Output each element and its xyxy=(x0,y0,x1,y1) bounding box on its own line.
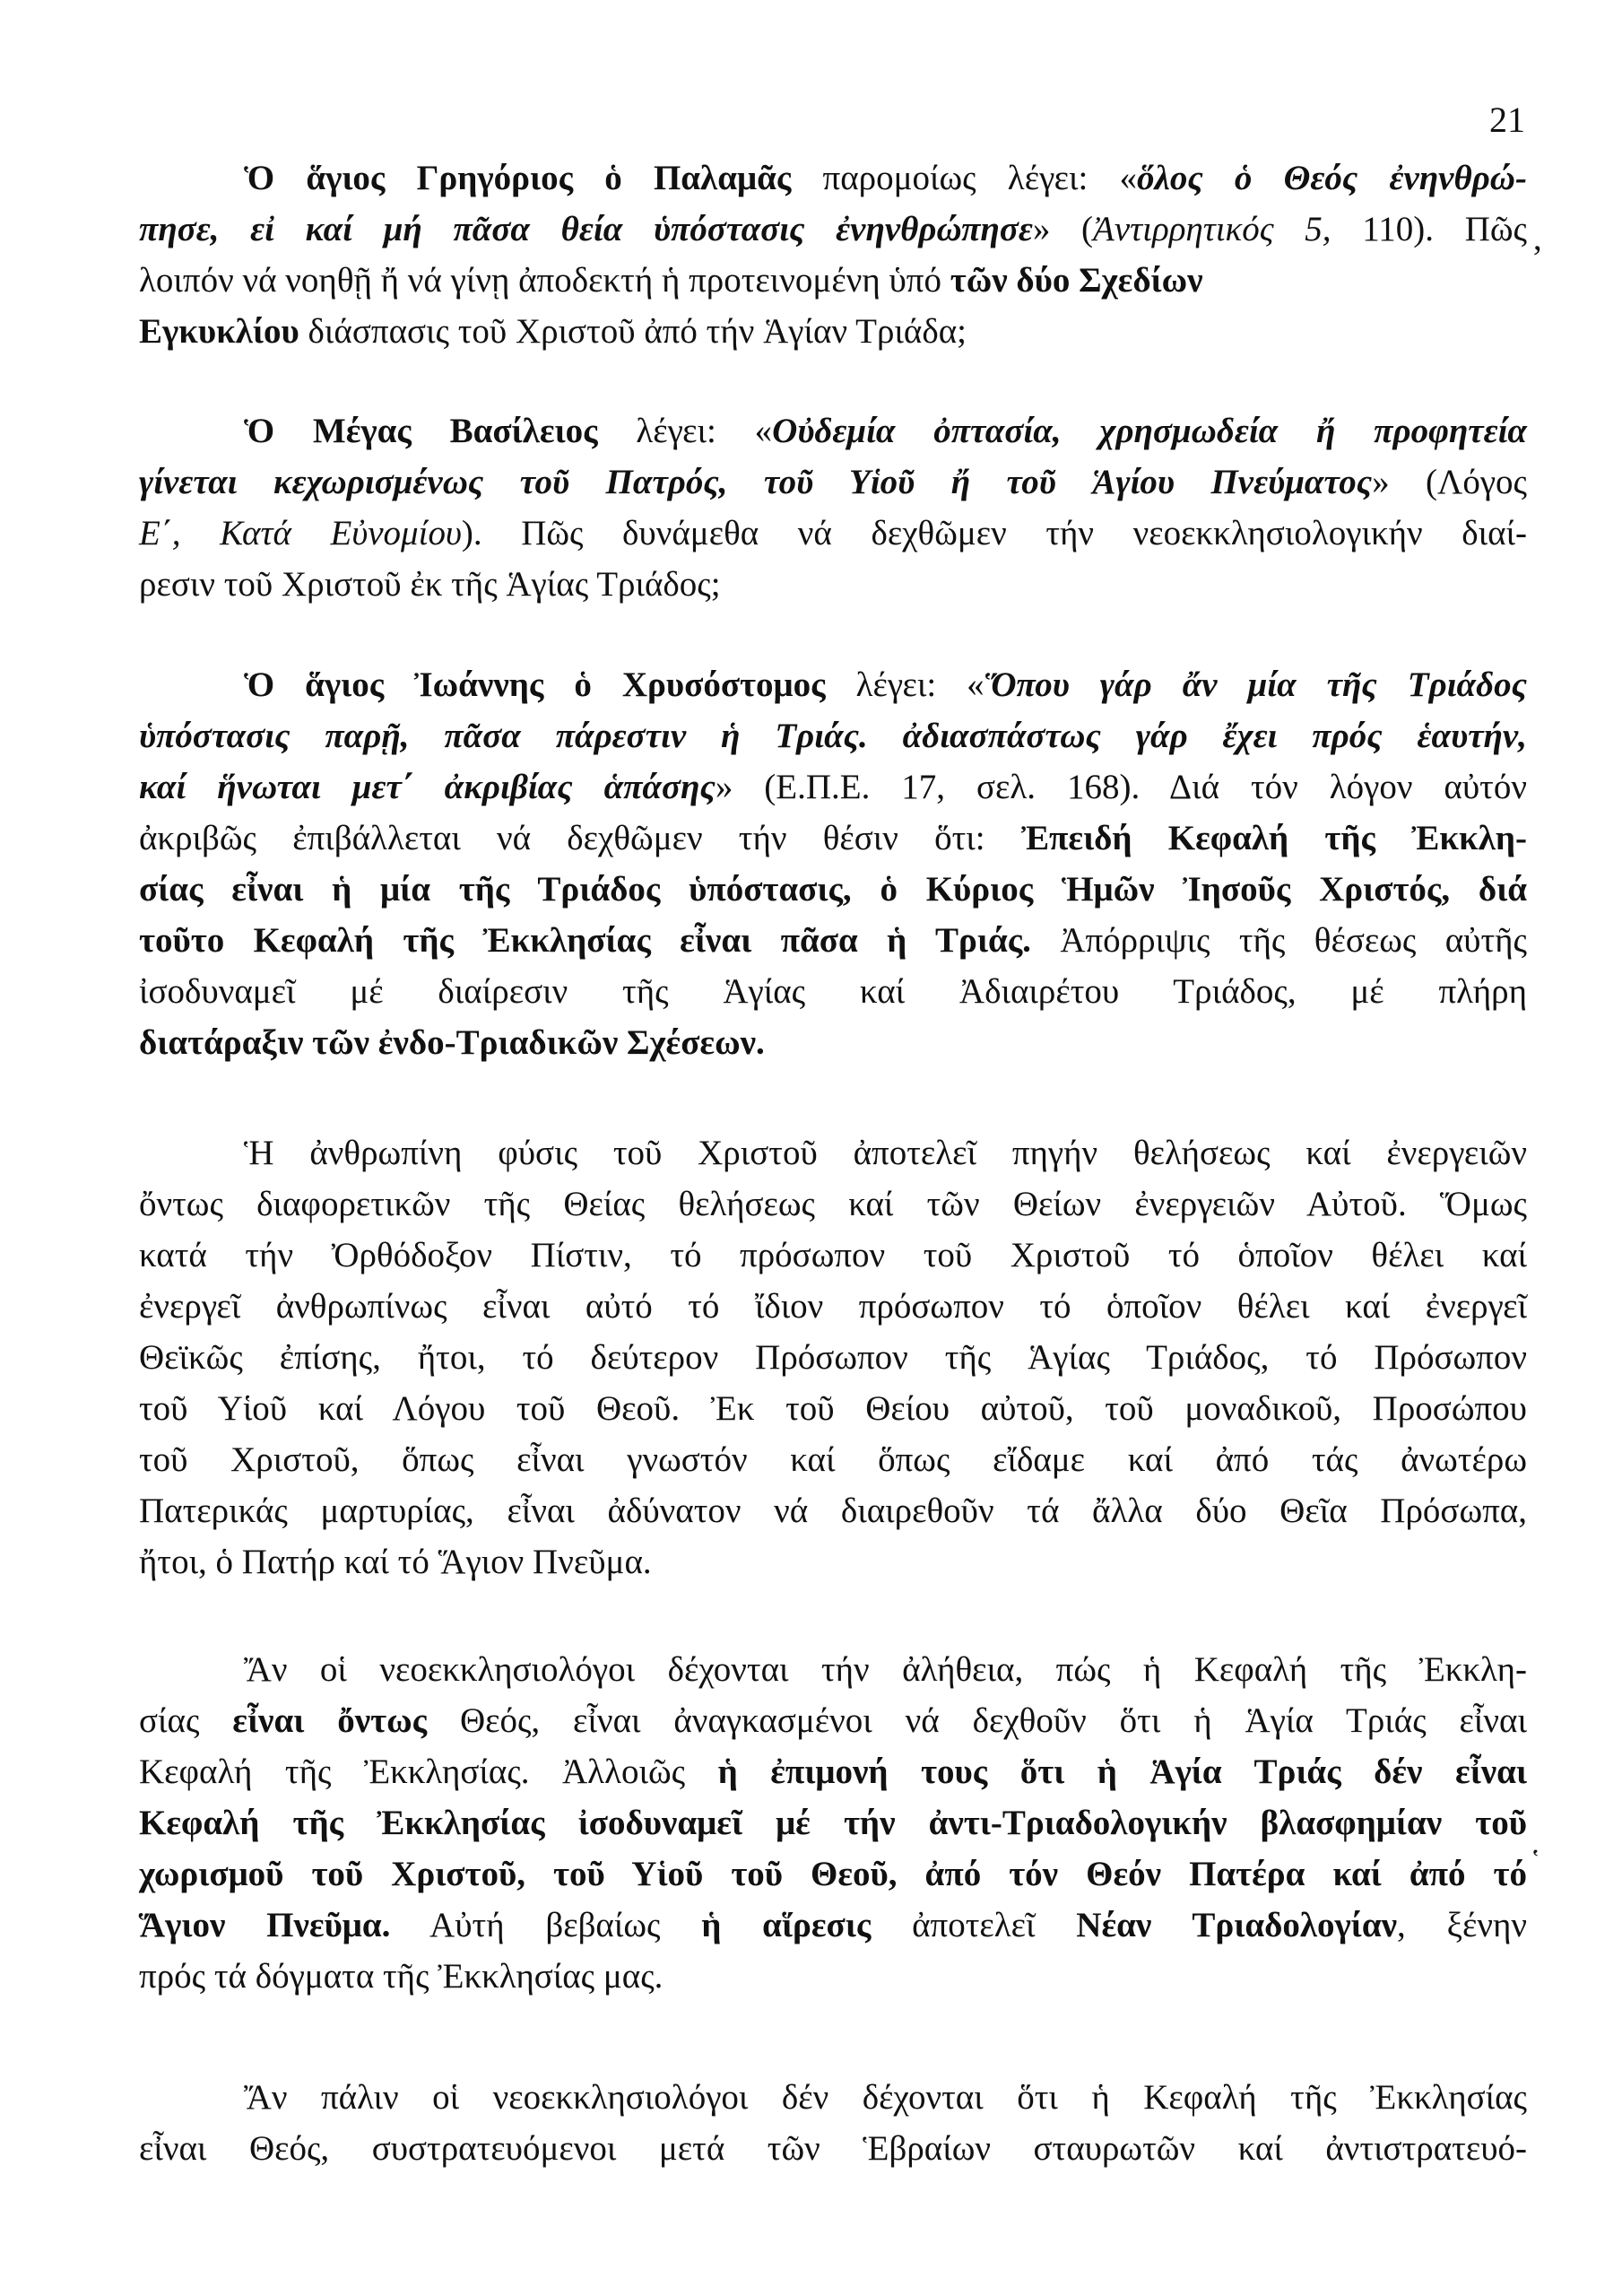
text-run: ἰσοδυναμεῖ μέ διαίρεσιν τῆς Ἁγίας καί Ἀδ… xyxy=(139,972,1527,1011)
text-run: λέγει: « xyxy=(826,665,984,704)
text-run: , ξένην xyxy=(1397,1906,1527,1944)
text-line: ὄντως διαφορετικῶν τῆς Θείας θελήσεως κα… xyxy=(139,1178,1527,1230)
emphasized-text: Ὁ Μέγας Βασίλειος xyxy=(244,412,598,450)
text-run: εἶναι Θεός, συστρατευόμενοι μετά τῶν Ἑβρ… xyxy=(139,2129,1527,2168)
emphasized-text: χωρισμοῦ τοῦ Χριστοῦ, τοῦ Υἱοῦ τοῦ Θεοῦ,… xyxy=(139,1855,1527,1893)
paragraph: Ἄν πάλιν οἱ νεοεκκλησιολόγοι δέν δέχοντα… xyxy=(139,2072,1527,2174)
text-run: διάσπασις τοῦ Χριστοῦ ἀπό τήν Ἁγίαν Τριά… xyxy=(299,312,967,351)
emphasized-text: Νέαν Τριαδολογίαν xyxy=(1076,1906,1397,1944)
emphasized-text: Ἀντιρρητικός 5, xyxy=(1093,210,1331,248)
text-line: σίας εἶναι ἡ μία τῆς Τριάδος ὑπόστασις, … xyxy=(139,864,1527,915)
emphasized-text: γίνεται κεχωρισμένως τοῦ Πατρός, τοῦ Υἱο… xyxy=(139,463,1372,501)
paragraph: Ὁ Μέγας Βασίλειος λέγει: «Οὐδεμία ὀπτασί… xyxy=(139,405,1527,610)
text-line: Ε΄, Κατά Εὐνομίου). Πῶς δυνάμεθα νά δεχθ… xyxy=(139,508,1527,559)
paragraph: Ὁ ἅγιος Ἰωάννης ὁ Χρυσόστομος λέγει: «Ὅπ… xyxy=(139,659,1527,1068)
emphasized-text: τῶν δύο Σχεδίων xyxy=(950,261,1203,300)
emphasized-text: εἶναι ὄντως xyxy=(232,1701,427,1740)
text-line: πρός τά δόγματα τῆς Ἐκκλησίας μας. xyxy=(139,1951,1527,2002)
text-run: σίας xyxy=(139,1701,232,1740)
emphasized-text: καί ἥνωται μετ΄ ἀκριβίας ἁπάσης xyxy=(139,768,716,806)
emphasized-text: Ε΄, Κατά Εὐνομίου xyxy=(139,514,462,552)
text-run: ἤτοι, ὁ Πατήρ καί τό Ἅγιον Πνεῦμα. xyxy=(139,1543,652,1581)
emphasized-text: Εγκυκλίου xyxy=(139,312,299,351)
text-run: λέγει: « xyxy=(598,412,773,450)
text-line: τοῦ Χριστοῦ, ὅπως εἶναι γνωστόν καί ὅπως… xyxy=(139,1434,1527,1485)
text-line: Ἄν πάλιν οἱ νεοεκκλησιολόγοι δέν δέχοντα… xyxy=(139,2072,1527,2123)
text-line: σίας εἶναι ὄντως Θεός, εἶναι ἀναγκασμένο… xyxy=(139,1695,1527,1746)
text-line: Θεϊκῶς ἐπίσης, ἤτοι, τό δεύτερον Πρόσωπο… xyxy=(139,1332,1527,1383)
text-run: ὄντως διαφορετικῶν τῆς Θείας θελήσεως κα… xyxy=(139,1185,1527,1223)
text-run: Ἡ ἀνθρωπίνη φύσις τοῦ Χριστοῦ ἀποτελεῖ π… xyxy=(244,1134,1527,1172)
text-line: Ὁ ἅγιος Ἰωάννης ὁ Χρυσόστομος λέγει: «Ὅπ… xyxy=(139,659,1527,710)
emphasized-text: Οὐδεμία ὀπτασία, χρησμωδεία ἤ προφητεία xyxy=(772,412,1527,450)
emphasized-text: ὅλος ὁ Θεός ἐνηνθρώ- xyxy=(1137,159,1527,197)
paragraph: Ἡ ἀνθρωπίνη φύσις τοῦ Χριστοῦ ἀποτελεῖ π… xyxy=(139,1127,1527,1587)
paragraph: Ὁ ἅγιος Γρηγόριος ὁ Παλαμᾶς παρομοίως λέ… xyxy=(139,152,1527,357)
text-line: εἶναι Θεός, συστρατευόμενοι μετά τῶν Ἑβρ… xyxy=(139,2123,1527,2174)
text-run: παρομοίως λέγει: « xyxy=(791,159,1137,197)
text-run: τοῦ Χριστοῦ, ὅπως εἶναι γνωστόν καί ὅπως… xyxy=(139,1440,1527,1479)
text-run: τοῦ Υἱοῦ καί Λόγου τοῦ Θεοῦ. Ἐκ τοῦ Θείο… xyxy=(139,1389,1527,1428)
text-run: πρός τά δόγματα τῆς Ἐκκλησίας μας. xyxy=(139,1957,663,1996)
text-line: λοιπόν νά νοηθῇ ἤ νά γίνῃ ἀποδεκτή ἡ προ… xyxy=(139,255,1527,306)
emphasized-text: τοῦτο Κεφαλή τῆς Ἐκκλησίας εἶναι πᾶσα ἡ … xyxy=(139,921,1031,960)
text-run: κατά τήν Ὀρθόδοξον Πίστιν, τό πρόσωπον τ… xyxy=(139,1236,1527,1274)
text-run: ). Πῶς δυνάμεθα νά δεχθῶμεν τήν νεοεκκλη… xyxy=(462,514,1527,552)
text-line: διατάραξιν τῶν ἐνδο-Τριαδικῶν Σχέσεων. xyxy=(139,1017,1527,1068)
emphasized-text: Ἅγιον Πνεῦμα. xyxy=(139,1906,390,1944)
emphasized-text: ἡ αἵρεσις xyxy=(701,1906,871,1944)
text-run: Ἄν οἱ νεοεκκλησιολόγοι δέχονται τήν ἀλήθ… xyxy=(244,1650,1527,1689)
text-line: Πατερικάς μαρτυρίας, εἶναι ἀδύνατον νά δ… xyxy=(139,1485,1527,1536)
text-run: Θεός, εἶναι ἀναγκασμένοι νά δεχθοῦν ὅτι … xyxy=(427,1701,1527,1740)
emphasized-text: Ἐπειδή Κεφαλή τῆς Ἐκκλη- xyxy=(1021,819,1527,857)
text-run: Κεφαλή τῆς Ἐκκλησίας. Ἀλλοιῶς xyxy=(139,1752,718,1791)
text-line: ρεσιν τοῦ Χριστοῦ ἐκ τῆς Ἁγίας Τριάδος; xyxy=(139,559,1527,610)
text-line: τοῦ Υἱοῦ καί Λόγου τοῦ Θεοῦ. Ἐκ τοῦ Θείο… xyxy=(139,1383,1527,1434)
text-run: Αὐτή βεβαίως xyxy=(390,1906,701,1944)
emphasized-text: διατάραξιν τῶν ἐνδο-Τριαδικῶν Σχέσεων. xyxy=(139,1023,765,1062)
text-line: Κεφαλή τῆς Ἐκκλησίας ἰσοδυναμεῖ μέ τήν ἀ… xyxy=(139,1797,1527,1848)
text-line: ἀκριβῶς ἐπιβάλλεται νά δεχθῶμεν τήν θέσι… xyxy=(139,813,1527,864)
text-line: Ὁ Μέγας Βασίλειος λέγει: «Οὐδεμία ὀπτασί… xyxy=(139,405,1527,457)
text-run: ἐνεργεῖ ἀνθρωπίνως εἶναι αὐτό τό ἴδιον π… xyxy=(139,1287,1527,1326)
text-run: » (Ε.Π.Ε. 17, σελ. 168). Διά τόν λόγον α… xyxy=(716,768,1527,806)
text-run: ρεσιν τοῦ Χριστοῦ ἐκ τῆς Ἁγίας Τριάδος; xyxy=(139,565,721,604)
text-line: ἤτοι, ὁ Πατήρ καί τό Ἅγιον Πνεῦμα. xyxy=(139,1536,1527,1587)
text-line: Ὁ ἅγιος Γρηγόριος ὁ Παλαμᾶς παρομοίως λέ… xyxy=(139,152,1527,204)
text-line: ἰσοδυναμεῖ μέ διαίρεσιν τῆς Ἁγίας καί Ἀδ… xyxy=(139,966,1527,1017)
text-line: πησε, εἰ καί μή πᾶσα θεία ὑπόστασις ἐνην… xyxy=(139,204,1527,255)
stray-mark: ῾ xyxy=(1530,1846,1541,1882)
text-run: Πατερικάς μαρτυρίας, εἶναι ἀδύνατον νά δ… xyxy=(139,1492,1527,1530)
text-run: λοιπόν νά νοηθῇ ἤ νά γίνῃ ἀποδεκτή ἡ προ… xyxy=(139,261,950,300)
text-run: Ἀπόρριψις τῆς θέσεως αὐτῆς xyxy=(1031,921,1527,960)
text-run: » ( xyxy=(1033,210,1093,248)
text-line: καί ἥνωται μετ΄ ἀκριβίας ἁπάσης» (Ε.Π.Ε.… xyxy=(139,761,1527,813)
text-line: τοῦτο Κεφαλή τῆς Ἐκκλησίας εἶναι πᾶσα ἡ … xyxy=(139,915,1527,966)
text-run: Ἄν πάλιν οἱ νεοεκκλησιολόγοι δέν δέχοντα… xyxy=(244,2078,1527,2117)
text-run: » (Λόγος xyxy=(1372,463,1527,501)
emphasized-text: Ὅπου γάρ ἄν μία τῆς Τριάδος xyxy=(984,665,1527,704)
text-line: Ἡ ἀνθρωπίνη φύσις τοῦ Χριστοῦ ἀποτελεῖ π… xyxy=(139,1127,1527,1178)
emphasized-text: Ὁ ἅγιος Γρηγόριος ὁ Παλαμᾶς xyxy=(244,159,791,197)
text-line: Ἄν οἱ νεοεκκλησιολόγοι δέχονται τήν ἀλήθ… xyxy=(139,1644,1527,1695)
text-run: 110). Πῶς xyxy=(1331,210,1527,248)
emphasized-text: Ὁ ἅγιος Ἰωάννης ὁ Χρυσόστομος xyxy=(244,665,826,704)
stray-mark: ’ xyxy=(1531,240,1543,276)
text-line: Ἅγιον Πνεῦμα. Αὐτή βεβαίως ἡ αἵρεσις ἀπο… xyxy=(139,1900,1527,1951)
emphasized-text: πησε, εἰ καί μή πᾶσα θεία ὑπόστασις ἐνην… xyxy=(139,210,1033,248)
text-line: γίνεται κεχωρισμένως τοῦ Πατρός, τοῦ Υἱο… xyxy=(139,457,1527,508)
text-line: Κεφαλή τῆς Ἐκκλησίας. Ἀλλοιῶς ἡ ἐπιμονή … xyxy=(139,1746,1527,1797)
text-run: ἀκριβῶς ἐπιβάλλεται νά δεχθῶμεν τήν θέσι… xyxy=(139,819,1021,857)
text-line: ὑπόστασις παρῇ, πᾶσα πάρεστιν ἡ Τριάς. ἀ… xyxy=(139,710,1527,761)
paragraph: Ἄν οἱ νεοεκκλησιολόγοι δέχονται τήν ἀλήθ… xyxy=(139,1644,1527,2002)
text-run: ἀποτελεῖ xyxy=(871,1906,1076,1944)
text-run: Θεϊκῶς ἐπίσης, ἤτοι, τό δεύτερον Πρόσωπο… xyxy=(139,1338,1527,1377)
page-number: 21 xyxy=(1489,100,1525,140)
text-line: χωρισμοῦ τοῦ Χριστοῦ, τοῦ Υἱοῦ τοῦ Θεοῦ,… xyxy=(139,1848,1527,1900)
text-line: Εγκυκλίου διάσπασις τοῦ Χριστοῦ ἀπό τήν … xyxy=(139,306,1527,357)
text-line: κατά τήν Ὀρθόδοξον Πίστιν, τό πρόσωπον τ… xyxy=(139,1230,1527,1281)
emphasized-text: Κεφαλή τῆς Ἐκκλησίας ἰσοδυναμεῖ μέ τήν ἀ… xyxy=(139,1804,1527,1842)
emphasized-text: ἡ ἐπιμονή τους ὅτι ἡ Ἁγία Τριάς δέν εἶνα… xyxy=(718,1752,1527,1791)
emphasized-text: ὑπόστασις παρῇ, πᾶσα πάρεστιν ἡ Τριάς. ἀ… xyxy=(139,717,1527,755)
emphasized-text: σίας εἶναι ἡ μία τῆς Τριάδος ὑπόστασις, … xyxy=(139,870,1527,909)
text-line: ἐνεργεῖ ἀνθρωπίνως εἶναι αὐτό τό ἴδιον π… xyxy=(139,1281,1527,1332)
